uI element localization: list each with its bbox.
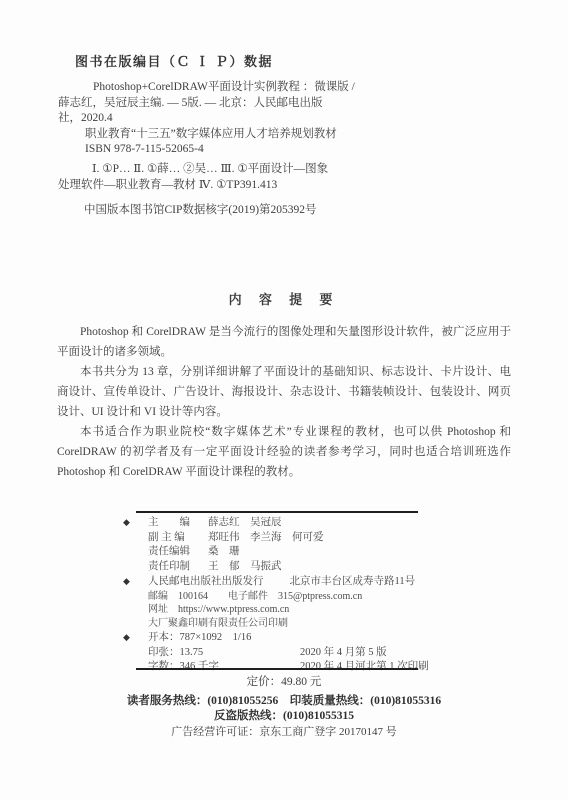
cip-isbn-line: ISBN 978-7-115-52065-4 bbox=[58, 142, 503, 158]
cip-index-line: Ⅰ. ①P… Ⅱ. ①薛… ②吴… Ⅲ. ①平面设计—图象 bbox=[58, 161, 503, 177]
price: 定价：49.80 元 bbox=[0, 673, 568, 689]
cip-header: 图书在版编目（Ｃ Ｉ Ｐ）数据 bbox=[75, 51, 273, 70]
cip-index-line: 处理软件—职业教育—教材 Ⅳ. ①TP391.413 bbox=[58, 177, 503, 193]
divider-rule-bottom bbox=[136, 668, 418, 670]
colophon-block: ◆ 主 编 薛志红 吴冠辰 副 主 编 郑旺伟 李兰海 何可爱 责任编辑 桑 珊… bbox=[123, 515, 523, 675]
abstract-body: Photoshop 和 CorelDRAW 是当今流行的图像处理和矢量图形设计软… bbox=[57, 322, 511, 482]
credit-row: 责任编辑 桑 珊 bbox=[123, 545, 523, 560]
credit-value: 薛志红 吴冠辰 bbox=[208, 516, 282, 531]
cip-index-block: Ⅰ. ①P… Ⅱ. ①薛… ②吴… Ⅲ. ①平面设计—图象 处理软件—职业教育—… bbox=[58, 161, 503, 193]
credit-value: 郑旺伟 李兰海 何可爱 bbox=[208, 531, 324, 546]
ad-license-number: 广告经营许可证：京东工商广登字 20170147 号 bbox=[0, 723, 568, 739]
credit-label: 责任编辑 bbox=[148, 545, 208, 560]
abstract-paragraph: 本书共分为 13 章，分别详细讲解了平面设计的基础知识、标志设计、卡片设计、电商… bbox=[57, 362, 511, 422]
anti-piracy-hotline: 反盗版热线：(010)81055315 bbox=[0, 707, 568, 723]
abstract-paragraph: Photoshop 和 CorelDRAW 是当今流行的图像处理和矢量图形设计软… bbox=[57, 322, 511, 362]
credit-row: 副 主 编 郑旺伟 李兰海 何可爱 bbox=[123, 531, 523, 546]
divider-rule-top bbox=[136, 511, 418, 513]
format-sheets: 印张：13.75 bbox=[148, 646, 300, 661]
credit-label: 副 主 编 bbox=[148, 531, 208, 546]
service-hotlines: 读者服务热线：(010)81055256 印装质量热线：(010)8105531… bbox=[0, 692, 568, 708]
credit-value: 王 郁 马振武 bbox=[208, 560, 282, 575]
format-row: 印张：13.75 2020 年 4 月第 5 版 bbox=[123, 646, 523, 661]
credit-label: 主 编 bbox=[148, 516, 208, 531]
publisher-address: 北京市丰台区成寿寺路11号 bbox=[290, 575, 416, 590]
abstract-paragraph: 本书适合作为职业院校“数字媒体艺术”专业课程的教材，也可以供 Photoshop… bbox=[57, 422, 511, 482]
publisher-postcode-email: 邮编 100164 电子邮件 315@ptpress.com.cn bbox=[123, 590, 523, 604]
credit-row: 责任印制 王 郁 马振武 bbox=[123, 560, 523, 575]
format-size: 开本：787×1092 1/16 bbox=[148, 631, 251, 646]
publisher-website: 网址 https://www.ptpress.com.cn bbox=[123, 603, 523, 617]
printer-line: 大厂聚鑫印刷有限责任公司印刷 bbox=[123, 617, 523, 631]
credit-row: ◆ 主 编 薛志红 吴冠辰 bbox=[123, 515, 523, 531]
publisher-name: 人民邮电出版社出版发行 bbox=[148, 575, 264, 590]
format-row: ◆ 开本：787×1092 1/16 bbox=[123, 630, 523, 646]
cip-record-line: 薛志红，吴冠辰主编. — 5版. — 北京：人民邮电出版 bbox=[58, 96, 503, 112]
publisher-row: ◆ 人民邮电出版社出版发行 北京市丰台区成寿寺路11号 bbox=[123, 574, 523, 590]
diamond-bullet-icon: ◆ bbox=[123, 630, 148, 645]
diamond-bullet-icon: ◆ bbox=[123, 574, 148, 589]
credit-value: 桑 珊 bbox=[208, 545, 240, 560]
abstract-title: 内 容 提 要 bbox=[0, 289, 568, 308]
credit-label: 责任印制 bbox=[148, 560, 208, 575]
book-copyright-page: 图书在版编目（Ｃ Ｉ Ｐ）数据 Photoshop+CorelDRAW平面设计实… bbox=[0, 0, 568, 800]
cip-record-line: Photoshop+CorelDRAW平面设计实例教程 ：微课版 / bbox=[58, 80, 503, 96]
cip-record-line: 社，2020.4 bbox=[58, 111, 503, 127]
edition-date: 2020 年 4 月第 5 版 bbox=[300, 646, 387, 661]
cip-record-block: Photoshop+CorelDRAW平面设计实例教程 ：微课版 / 薛志红，吴… bbox=[58, 80, 503, 158]
cip-registration-number: 中国版本图书馆CIP数据核字(2019)第205392号 bbox=[84, 201, 317, 217]
diamond-bullet-icon: ◆ bbox=[123, 515, 148, 530]
cip-record-line: 职业教育“十三五”数字媒体应用人才培养规划教材 bbox=[58, 127, 503, 143]
